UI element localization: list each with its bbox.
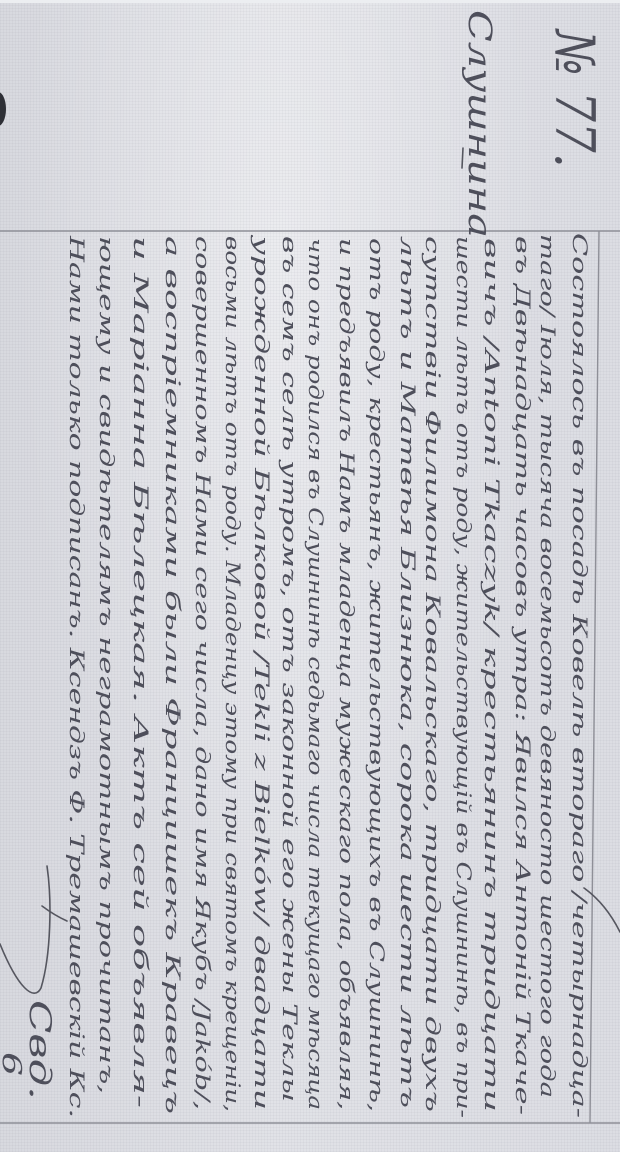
body-line: что онъ родился въ Слушнинѣ седьмаго чис… [304, 238, 328, 1110]
signature-cross-stroke [42, 906, 67, 921]
body-line: въ семъ селѣ утромъ, отъ законной его же… [278, 236, 302, 1102]
body-line: совершенномъ Нами сего числа, дано имя Я… [191, 236, 215, 1110]
record-number: № 77. [543, 28, 606, 168]
body-line: Состоялось въ посадѣ Ковелѣ втораго /чет… [568, 233, 592, 1118]
closing-mark: 6 [0, 1052, 26, 1076]
signature: Свд. [22, 1000, 57, 1100]
margin-name: Слушнина [461, 10, 499, 238]
body-line: Нами только подписанъ. Ксендзъ Ф. Тремаш… [65, 235, 89, 1118]
handwriting-layer: № 77. Слушнина Состоялось въ посадѣ Кове… [0, 0, 620, 1152]
body-line: ющему и свидѣтелямъ неграмотнымъ прочита… [95, 236, 119, 1094]
body-line: вичъ /Antoni Tkaczyk/ крестьянинъ тридца… [480, 238, 504, 1112]
scanned-record-page: № 77. Слушнина Состоялось въ посадѣ Кове… [0, 0, 620, 1152]
body-line: восьми лѣтъ отъ роду. Младенцу этому при… [221, 236, 245, 1112]
body-line: а воспріемниками были Францишекъ Кравецъ [161, 236, 185, 1114]
body-line: сутствіи Филимона Ковальскаго, тридцати … [421, 236, 445, 1112]
body-line: таго/ Іюля, тысяча восемьсотъ девяносто … [536, 234, 560, 1098]
body-line: и предъявилъ Намъ младенца мужескаго пол… [335, 238, 359, 1110]
body-line: урожденной Бѣлковой /Tekli z Bielków/ дв… [250, 234, 274, 1110]
body-line: лѣтъ и Матвѣя Близнюка, сорока шести лѣт… [396, 236, 420, 1108]
body-line: отъ роду, крестьянъ, жительствующихъ въ … [365, 238, 389, 1112]
signature-flourish [0, 866, 50, 993]
margin-name-underline [462, 148, 463, 168]
body-line: шести лѣтъ отъ роду, жительствующій въ С… [452, 236, 476, 1118]
body-line: и Маріанна Бѣлецкая. Актъ сей объявля- [129, 236, 153, 1108]
body-line: въ Двѣнадцать часовъ утра: Явился Антоні… [511, 236, 535, 1115]
